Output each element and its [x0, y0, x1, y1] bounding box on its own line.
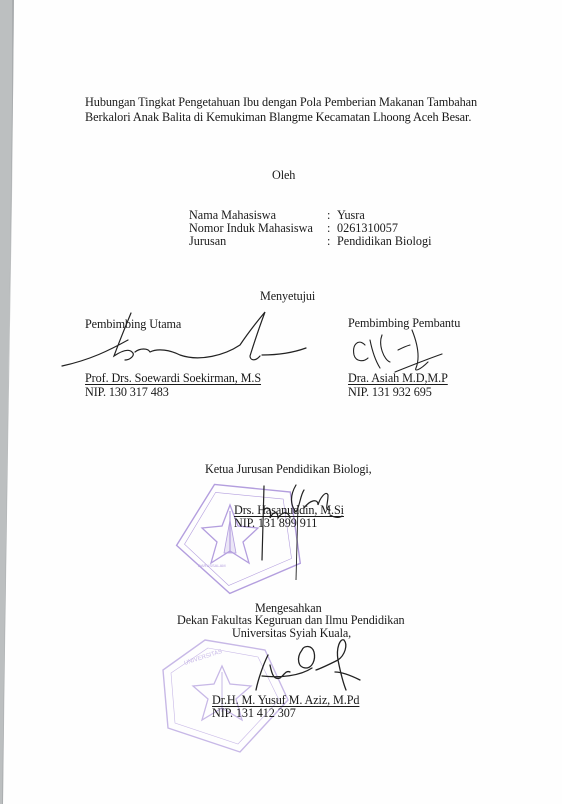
- document-page: Hubungan Tingkat Pengetahuan Ibu dengan …: [0, 0, 562, 804]
- primary-advisor-name: Prof. Drs. Soewardi Soekirman, M.S: [85, 372, 261, 385]
- primary-advisor-nip: NIP. 130 317 483: [85, 386, 169, 399]
- secondary-advisor-nip: NIP. 131 932 695: [348, 386, 432, 399]
- department-label: Jurusan: [189, 235, 226, 248]
- thesis-title-line-2: Berkalori Anak Balita di Kemukiman Blang…: [85, 111, 471, 124]
- secondary-advisor-name: Dra. Asiah M.D,M.P: [348, 372, 448, 385]
- secondary-advisor-role: Pembimbing Pembantu: [348, 317, 460, 330]
- dean-signature: [256, 640, 360, 690]
- secondary-advisor-signature: [354, 330, 442, 372]
- by-label: Oleh: [272, 169, 295, 182]
- thesis-title-line-1: Hubungan Tingkat Pengetahuan Ibu dengan …: [85, 96, 477, 109]
- dean-nip: NIP. 131 412 307: [212, 707, 296, 720]
- department-head-role: Ketua Jurusan Pendidikan Biologi,: [205, 463, 372, 476]
- dean-role-line-2: Universitas Syiah Kuala,: [232, 627, 351, 640]
- svg-text:DARUSSALAM: DARUSSALAM: [198, 563, 226, 568]
- primary-advisor-role: Pembimbing Utama: [85, 318, 181, 331]
- department-stamp: DARUSSALAM: [169, 474, 303, 600]
- department-row: Jurusan : Pendidikan Biologi: [189, 235, 449, 248]
- department-value: Pendidikan Biologi: [337, 235, 431, 248]
- separator: :: [327, 235, 330, 248]
- approval-heading: Menyetujui: [260, 290, 315, 303]
- svg-text:UNIVERSITAS: UNIVERSITAS: [184, 649, 223, 667]
- department-head-nip: NIP. 131 899 911: [234, 517, 317, 530]
